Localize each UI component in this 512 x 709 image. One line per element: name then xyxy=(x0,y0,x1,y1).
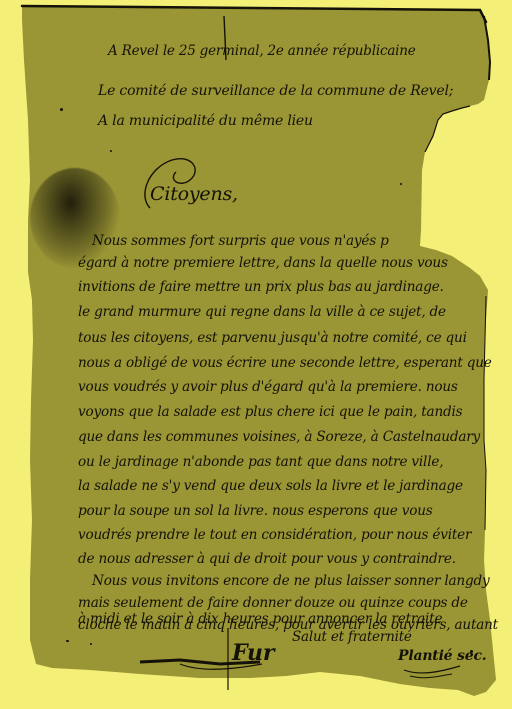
body-line: le grand murmure qui regne dans la ville… xyxy=(78,304,446,320)
paper-speck xyxy=(66,640,69,642)
ink-stain xyxy=(30,168,120,268)
signature-left: Fur xyxy=(232,640,274,666)
body-line: voyons que la salade est plus chere ici … xyxy=(78,404,462,420)
body-line: la salade ne s'y vend que deux sols la l… xyxy=(78,478,463,494)
body-line: tous les citoyens, est parvenu jusqu'à n… xyxy=(78,330,467,346)
body-line: à midi et le soir à dix heures pour anno… xyxy=(78,611,442,627)
paper-fill xyxy=(22,6,496,696)
body-line: voudrés prendre le tout en considération… xyxy=(78,527,471,543)
signature-right: Plantié sec. xyxy=(398,648,486,664)
body-line: mais seulement de faire donner douze ou … xyxy=(78,595,468,611)
body-line: égard à notre premiere lettre, dans la q… xyxy=(78,255,448,271)
body-line: Nous sommes fort surpris que vous n'ayés… xyxy=(92,233,389,249)
body-line: vous voudrés y avoir plus d'égard qu'à l… xyxy=(78,379,458,395)
salutation: Citoyens, xyxy=(150,183,238,205)
paper-speck xyxy=(470,650,473,653)
sender-line: Le comité de surveillance de la commune … xyxy=(98,83,453,99)
paper-speck xyxy=(400,183,402,185)
date-line: A Revel le 25 germinal, 2e année républi… xyxy=(108,43,416,59)
paper-speck xyxy=(110,150,112,152)
paper-speck xyxy=(90,643,92,645)
closing-line: Salut et fraternité xyxy=(292,629,412,645)
body-line: de nous adresser à qui de droit pour vou… xyxy=(78,551,456,567)
body-line: que dans les communes voisines, à Soreze… xyxy=(78,429,480,445)
recipient-line: A la municipalité du même lieu xyxy=(98,113,313,129)
body-line: nous a obligé de vous écrire une seconde… xyxy=(78,355,492,371)
body-line: invitions de faire mettre un prix plus b… xyxy=(78,279,444,295)
body-line: ou le jardinage n'abonde pas tant que da… xyxy=(78,454,443,470)
paper-speck xyxy=(60,108,63,111)
body-line: Nous vous invitons encore de ne plus lai… xyxy=(92,573,489,589)
body-line: pour la soupe un sol la livre. nous espe… xyxy=(78,503,433,519)
